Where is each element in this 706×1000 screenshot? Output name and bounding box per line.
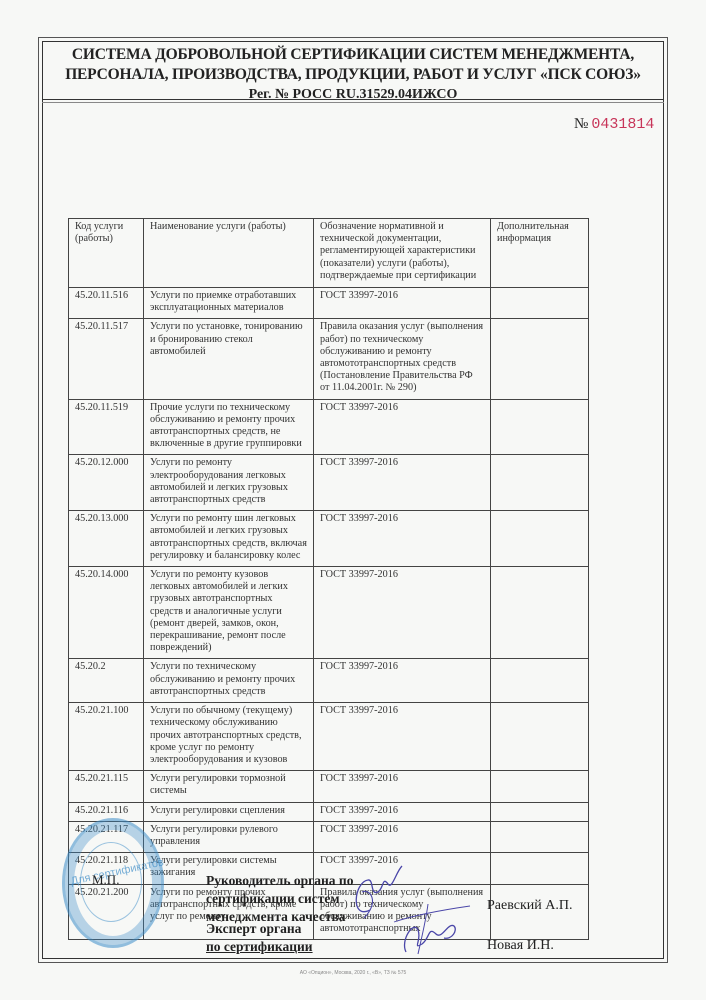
cell-doc: ГОСТ 33997-2016 (314, 567, 491, 659)
header-title-line1: СИСТЕМА ДОБРОВОЛЬНОЙ СЕРТИФИКАЦИИ СИСТЕМ… (42, 45, 664, 65)
services-table: Код услуги (работы) Наименование услуги … (68, 218, 589, 940)
head-title-line: сертификации систем (206, 890, 353, 908)
stamp-place-label: М.П. (92, 872, 119, 888)
header-title-line2: ПЕРСОНАЛА, ПРОИЗВОДСТВА, ПРОДУКЦИИ, РАБО… (42, 65, 664, 85)
cell-doc: ГОСТ 33997-2016 (314, 771, 491, 802)
header-code: Код услуги (работы) (69, 219, 144, 288)
table-row: 45.20.21.116Услуги регулировки сцепления… (69, 802, 589, 821)
table-row: 45.20.13.000Услуги по ремонту шин легков… (69, 511, 589, 567)
table-row: 45.20.12.000Услуги по ремонту электрообо… (69, 455, 589, 511)
printer-footer: АО «Опцион», Москва, 2020 г., «В», ТЗ № … (0, 970, 706, 976)
cell-name: Услуги по техническому обслуживанию и ре… (144, 659, 314, 703)
document-header: СИСТЕМА ДОБРОВОЛЬНОЙ СЕРТИФИКАЦИИ СИСТЕМ… (42, 41, 664, 100)
cell-code: 45.20.13.000 (69, 511, 144, 567)
cell-info (491, 567, 589, 659)
header-name: Наименование услуги (работы) (144, 219, 314, 288)
cell-code: 45.20.11.517 (69, 319, 144, 399)
cell-code: 45.20.21.100 (69, 703, 144, 771)
table-header-row: Код услуги (работы) Наименование услуги … (69, 219, 589, 288)
cell-doc: ГОСТ 33997-2016 (314, 821, 491, 852)
cell-code: 45.20.2 (69, 659, 144, 703)
table-row: 45.20.11.517Услуги по установке, тониров… (69, 319, 589, 399)
table-row: 45.20.14.000Услуги по ремонту кузовов ле… (69, 567, 589, 659)
cell-info (491, 659, 589, 703)
cell-info (491, 703, 589, 771)
cell-code: 45.20.14.000 (69, 567, 144, 659)
cell-doc: ГОСТ 33997-2016 (314, 511, 491, 567)
cell-name: Услуги регулировки тормозной системы (144, 771, 314, 802)
cell-doc: ГОСТ 33997-2016 (314, 703, 491, 771)
table-row: 45.20.11.519Прочие услуги по техническом… (69, 399, 589, 455)
certificate-number-value: 0431814 (591, 116, 654, 133)
certificate-number-label: № (574, 116, 588, 132)
cell-name: Услуги регулировки рулевого управления (144, 821, 314, 852)
cell-name: Услуги по ремонту шин легковых автомобил… (144, 511, 314, 567)
head-title-line: Руководитель органа по (206, 872, 353, 890)
cell-code: 45.20.12.000 (69, 455, 144, 511)
expert-title-line: по сертификации (206, 938, 313, 956)
cell-info (491, 802, 589, 821)
head-name: Раевский А.П. (487, 898, 572, 914)
cell-info (491, 821, 589, 852)
cell-info (491, 288, 589, 319)
cell-code: 45.20.21.115 (69, 771, 144, 802)
cell-name: Услуги по ремонту кузовов легковых автом… (144, 567, 314, 659)
table-row: 45.20.21.100Услуги по обычному (текущему… (69, 703, 589, 771)
table-row: 45.20.11.516Услуги по приемке отработавш… (69, 288, 589, 319)
expert-title: Эксперт органа по сертификации (206, 920, 313, 956)
table-row: 45.20.2Услуги по техническому обслуживан… (69, 659, 589, 703)
cell-doc: ГОСТ 33997-2016 (314, 399, 491, 455)
cell-info (491, 455, 589, 511)
cell-doc: ГОСТ 33997-2016 (314, 455, 491, 511)
cell-name: Услуги по ремонту электрооборудования ле… (144, 455, 314, 511)
cell-name: Услуги регулировки сцепления (144, 802, 314, 821)
header-doc: Обозначение нормативной и технической до… (314, 219, 491, 288)
expert-signature-icon (392, 900, 472, 956)
header-info: Дополнительная информация (491, 219, 589, 288)
certificate-number: №0431814 (574, 116, 654, 133)
cell-info (491, 319, 589, 399)
cell-info (491, 853, 589, 884)
cell-name: Прочие услуги по техническому обслуживан… (144, 399, 314, 455)
registration-number: Рег. № РОСС RU.31529.04ИЖСО (42, 87, 664, 103)
cell-name: Услуги по приемке отработавших эксплуата… (144, 288, 314, 319)
expert-title-line: Эксперт органа (206, 920, 313, 938)
cell-name: Услуги по обычному (текущему) техническо… (144, 703, 314, 771)
cell-doc: ГОСТ 33997-2016 (314, 288, 491, 319)
expert-name: Новая И.Н. (487, 938, 554, 954)
cell-code: 45.20.11.519 (69, 399, 144, 455)
cell-doc: ГОСТ 33997-2016 (314, 802, 491, 821)
cell-info (491, 511, 589, 567)
cell-name: Услуги по установке, тонированию и брони… (144, 319, 314, 399)
table-row: 45.20.21.115Услуги регулировки тормозной… (69, 771, 589, 802)
cell-info (491, 771, 589, 802)
cell-info (491, 399, 589, 455)
head-of-body-title: Руководитель органа по сертификации сист… (206, 872, 353, 926)
cell-doc: ГОСТ 33997-2016 (314, 659, 491, 703)
header-divider (42, 102, 664, 103)
cell-code: 45.20.11.516 (69, 288, 144, 319)
cell-doc: Правила оказания услуг (выполнения работ… (314, 319, 491, 399)
